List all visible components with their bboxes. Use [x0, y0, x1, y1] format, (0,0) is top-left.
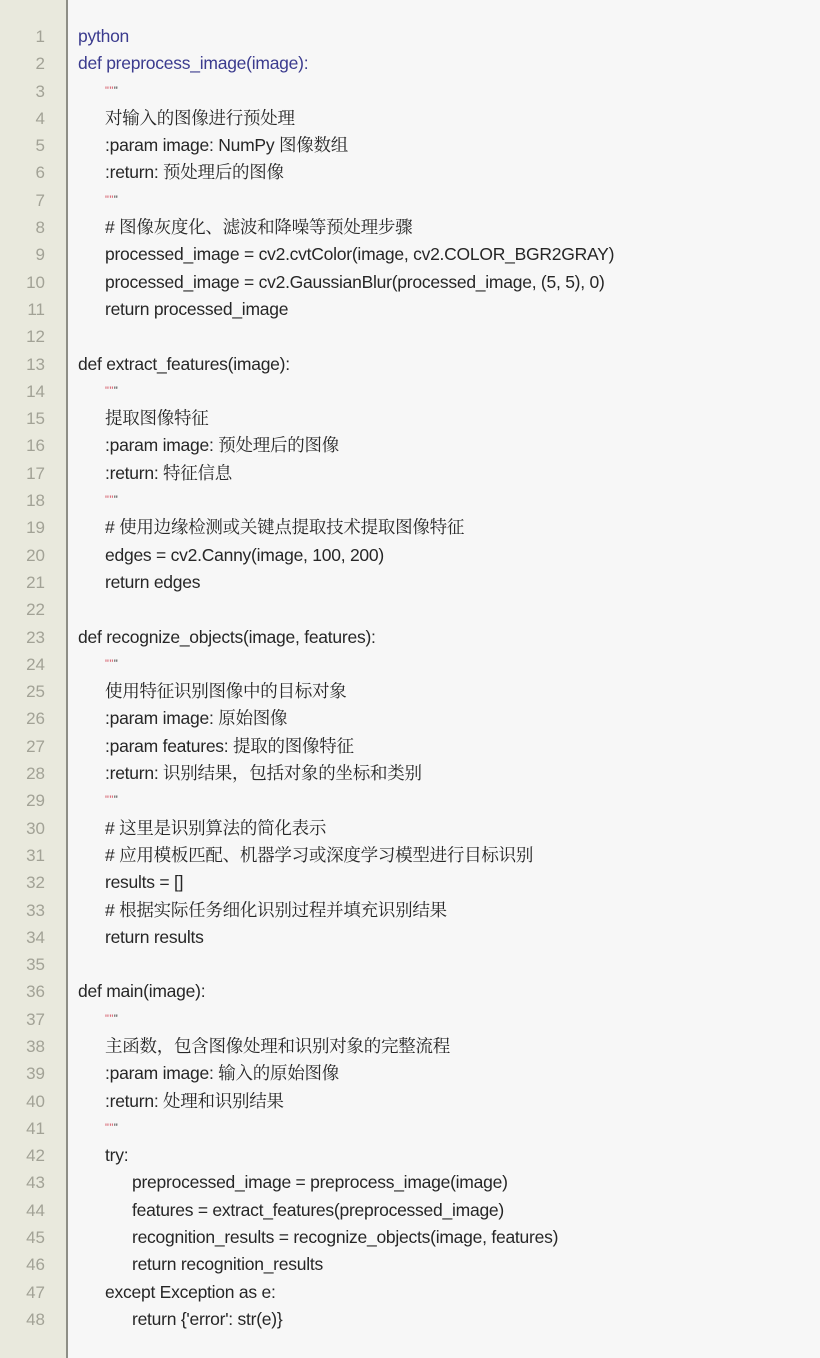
code-text: processed_image = cv2.GaussianBlur(proce…: [105, 269, 605, 296]
code-text: 使用特征识别图像中的目标对象: [105, 678, 347, 705]
code-line: 42try:: [0, 1142, 820, 1169]
code-text: # 使用边缘检测或关键点提取技术提取图像特征: [105, 514, 464, 541]
code-text: :param image: 预处理后的图像: [105, 432, 339, 459]
code-line: 31# 应用模板匹配、机器学习或深度学习模型进行目标识别: [0, 842, 820, 869]
docstring-quote-close: ": [114, 494, 118, 506]
line-number: 21: [0, 569, 45, 596]
code-line: 19# 使用边缘检测或关键点提取技术提取图像特征: [0, 514, 820, 541]
code-line: 35: [0, 951, 820, 978]
code-line: 22: [0, 596, 820, 623]
code-text: :param features: 提取的图像特征: [105, 733, 354, 760]
code-line: 46return recognition_results: [0, 1251, 820, 1278]
code-text: try:: [105, 1142, 128, 1169]
docstring-quote-open: "": [105, 658, 114, 670]
code-line: 8# 图像灰度化、滤波和降噪等预处理步骤: [0, 214, 820, 241]
line-number: 1: [0, 23, 45, 50]
code-text: # 应用模板匹配、机器学习或深度学习模型进行目标识别: [105, 842, 533, 869]
code-text: def recognize_objects(image, features):: [78, 624, 376, 651]
line-number: 27: [0, 733, 45, 760]
code-line: 26:param image: 原始图像: [0, 705, 820, 732]
code-line: 40:return: 处理和识别结果: [0, 1088, 820, 1115]
code-line: 23def recognize_objects(image, features)…: [0, 624, 820, 651]
code-text: :param image: NumPy 图像数组: [105, 132, 348, 159]
line-number: 35: [0, 951, 45, 978]
line-number: 40: [0, 1088, 45, 1115]
code-text: :return: 预处理后的图像: [105, 159, 284, 186]
code-line: 38主函数，包含图像处理和识别对象的完整流程: [0, 1033, 820, 1060]
code-line: 36def main(image):: [0, 978, 820, 1005]
line-number: 5: [0, 132, 45, 159]
line-number: 31: [0, 842, 45, 869]
code-line: 25使用特征识别图像中的目标对象: [0, 678, 820, 705]
line-number: 37: [0, 1006, 45, 1033]
code-line: 1python: [0, 23, 820, 50]
line-number: 29: [0, 787, 45, 814]
docstring-delimiter: """: [105, 1006, 117, 1034]
code-text: edges = cv2.Canny(image, 100, 200): [105, 542, 384, 569]
code-text: preprocessed_image = preprocess_image(im…: [132, 1169, 508, 1196]
code-line: 7""": [0, 187, 820, 214]
line-number: 47: [0, 1279, 45, 1306]
docstring-quote-open: "": [105, 794, 114, 806]
docstring-quote-open: "": [105, 194, 114, 206]
code-line: 33# 根据实际任务细化识别过程并填充识别结果: [0, 897, 820, 924]
docstring-quote-open: "": [105, 1122, 114, 1134]
docstring-delimiter: """: [105, 378, 117, 406]
code-text: 对输入的图像进行预处理: [105, 105, 295, 132]
code-line: 6:return: 预处理后的图像: [0, 159, 820, 186]
docstring-quote-open: "": [105, 85, 114, 97]
line-number: 11: [0, 296, 45, 323]
line-number: 41: [0, 1115, 45, 1142]
code-text: 主函数，包含图像处理和识别对象的完整流程: [105, 1033, 450, 1060]
code-line: 15提取图像特征: [0, 405, 820, 432]
code-line: 41""": [0, 1115, 820, 1142]
code-text: :param image: 原始图像: [105, 705, 287, 732]
docstring-quote-open: "": [105, 1013, 114, 1025]
line-number: 26: [0, 705, 45, 732]
line-number: 42: [0, 1142, 45, 1169]
code-line: 24""": [0, 651, 820, 678]
code-line: 2def preprocess_image(image):: [0, 50, 820, 77]
docstring-delimiter: """: [105, 78, 117, 106]
docstring-quote-close: ": [114, 85, 118, 97]
line-number: 46: [0, 1251, 45, 1278]
docstring-delimiter: """: [105, 487, 117, 515]
docstring-delimiter: """: [105, 187, 117, 215]
code-line: 44features = extract_features(preprocess…: [0, 1197, 820, 1224]
code-text: :return: 识别结果，包括对象的坐标和类别: [105, 760, 422, 787]
docstring-delimiter: """: [105, 1115, 117, 1143]
code-text: :return: 处理和识别结果: [105, 1088, 284, 1115]
code-text: # 这里是识别算法的简化表示: [105, 815, 326, 842]
code-line: 3""": [0, 78, 820, 105]
code-line: 5:param image: NumPy 图像数组: [0, 132, 820, 159]
code-line: 10processed_image = cv2.GaussianBlur(pro…: [0, 269, 820, 296]
code-text: # 图像灰度化、滤波和降噪等预处理步骤: [105, 214, 412, 241]
code-line: 9processed_image = cv2.cvtColor(image, c…: [0, 241, 820, 268]
docstring-quote-close: ": [114, 1013, 118, 1025]
code-line: 45recognition_results = recognize_object…: [0, 1224, 820, 1251]
line-number: 45: [0, 1224, 45, 1251]
line-number: 12: [0, 323, 45, 350]
code-line: 32results = []: [0, 869, 820, 896]
docstring-delimiter: """: [105, 651, 117, 679]
code-line: 17:return: 特征信息: [0, 460, 820, 487]
docstring-delimiter: """: [105, 787, 117, 815]
code-text: def main(image):: [78, 978, 205, 1005]
line-number: 2: [0, 50, 45, 77]
code-line: 34return results: [0, 924, 820, 951]
code-line: 11return processed_image: [0, 296, 820, 323]
line-number: 13: [0, 351, 45, 378]
code-line: 16:param image: 预处理后的图像: [0, 432, 820, 459]
code-line: 27:param features: 提取的图像特征: [0, 733, 820, 760]
code-line: 21return edges: [0, 569, 820, 596]
code-line: 14""": [0, 378, 820, 405]
line-number: 36: [0, 978, 45, 1005]
code-line: 29""": [0, 787, 820, 814]
line-number: 9: [0, 241, 45, 268]
code-text: :return: 特征信息: [105, 460, 232, 487]
code-line: 13def extract_features(image):: [0, 351, 820, 378]
code-text: python: [78, 23, 129, 50]
code-line: 43preprocessed_image = preprocess_image(…: [0, 1169, 820, 1196]
line-number: 28: [0, 760, 45, 787]
docstring-quote-close: ": [114, 658, 118, 670]
code-text: processed_image = cv2.cvtColor(image, cv…: [105, 241, 614, 268]
line-number: 16: [0, 432, 45, 459]
line-number: 43: [0, 1169, 45, 1196]
code-line: 18""": [0, 487, 820, 514]
docstring-quote-open: "": [105, 385, 114, 397]
docstring-quote-close: ": [114, 794, 118, 806]
code-text: return results: [105, 924, 204, 951]
code-line: 30# 这里是识别算法的简化表示: [0, 815, 820, 842]
line-number: 23: [0, 624, 45, 651]
code-text: except Exception as e:: [105, 1279, 276, 1306]
docstring-quote-open: "": [105, 494, 114, 506]
code-text: def extract_features(image):: [78, 351, 290, 378]
code-text: 提取图像特征: [105, 405, 209, 432]
code-text: recognition_results = recognize_objects(…: [132, 1224, 558, 1251]
line-number: 22: [0, 596, 45, 623]
code-text: :param image: 输入的原始图像: [105, 1060, 339, 1087]
line-number: 30: [0, 815, 45, 842]
line-number: 34: [0, 924, 45, 951]
line-number: 17: [0, 460, 45, 487]
code-text: return processed_image: [105, 296, 288, 323]
docstring-quote-close: ": [114, 1122, 118, 1134]
line-number: 25: [0, 678, 45, 705]
line-number: 24: [0, 651, 45, 678]
code-line: 47except Exception as e:: [0, 1279, 820, 1306]
line-number: 10: [0, 269, 45, 296]
code-text: return edges: [105, 569, 200, 596]
code-text: # 根据实际任务细化识别过程并填充识别结果: [105, 897, 447, 924]
line-number: 18: [0, 487, 45, 514]
code-lines: 1python2def preprocess_image(image):3"""…: [0, 23, 820, 1333]
docstring-quote-close: ": [114, 385, 118, 397]
line-number: 44: [0, 1197, 45, 1224]
line-number: 14: [0, 378, 45, 405]
code-text: return recognition_results: [132, 1251, 323, 1278]
docstring-quote-close: ": [114, 194, 118, 206]
code-line: 48return {'error': str(e)}: [0, 1306, 820, 1333]
line-number: 15: [0, 405, 45, 432]
line-number: 3: [0, 78, 45, 105]
code-line: 37""": [0, 1006, 820, 1033]
code-line: 39:param image: 输入的原始图像: [0, 1060, 820, 1087]
code-viewer: 1python2def preprocess_image(image):3"""…: [0, 0, 820, 1358]
line-number: 32: [0, 869, 45, 896]
code-text: features = extract_features(preprocessed…: [132, 1197, 504, 1224]
line-number: 7: [0, 187, 45, 214]
line-number: 39: [0, 1060, 45, 1087]
code-line: 20edges = cv2.Canny(image, 100, 200): [0, 542, 820, 569]
line-number: 6: [0, 159, 45, 186]
code-text: results = []: [105, 869, 183, 896]
code-line: 12: [0, 323, 820, 350]
line-number: 48: [0, 1306, 45, 1333]
line-number: 8: [0, 214, 45, 241]
line-number: 33: [0, 897, 45, 924]
line-number: 20: [0, 542, 45, 569]
code-line: 28:return: 识别结果，包括对象的坐标和类别: [0, 760, 820, 787]
code-text: return {'error': str(e)}: [132, 1306, 282, 1333]
line-number: 4: [0, 105, 45, 132]
code-text: def preprocess_image(image):: [78, 50, 308, 77]
code-line: 4对输入的图像进行预处理: [0, 105, 820, 132]
line-number: 19: [0, 514, 45, 541]
line-number: 38: [0, 1033, 45, 1060]
